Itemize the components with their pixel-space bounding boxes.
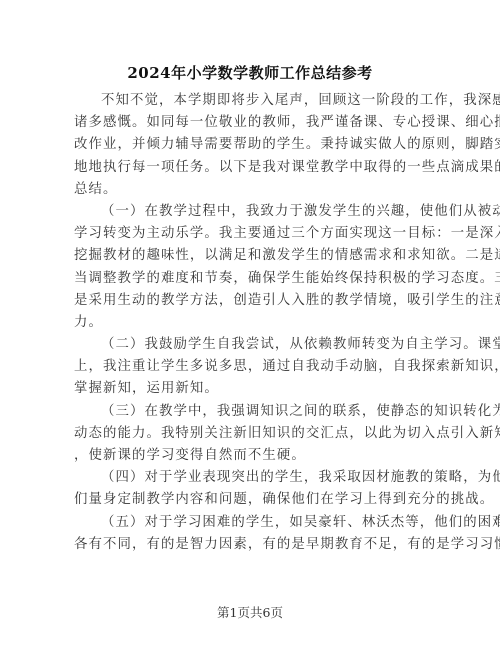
text-line: 们量身定制教学内容和问题，确保他们在学习上得到充分的挑战。 (74, 489, 419, 511)
text-line: （一）在教学过程中，我致力于激发学生的兴趣，使他们从被动 (74, 201, 419, 223)
text-line: （二）我鼓励学生自我尝试，从依赖教师转变为自主学习。课堂 (74, 334, 419, 356)
text-line: 当调整教学的难度和节奏，确保学生能始终保持积极的学习态度。三 (74, 268, 419, 290)
text-line: 力。 (74, 312, 419, 334)
document-page: 2024年小学数学教师工作总结参考 不知不觉，本学期即将步入尾声，回顾这一阶段的… (0, 0, 500, 647)
text-line: 挖掘教材的趣味性，以满足和激发学生的情感需求和求知欲。二是适 (74, 245, 419, 267)
text-line: 学习转变为主动乐学。我主要通过三个方面实现这一目标：一是深入 (74, 223, 419, 245)
text-line: （三）在教学中，我强调知识之间的联系，使静态的知识转化为 (74, 401, 419, 423)
text-line: 诸多感慨。如同每一位敬业的教师，我严谨备课、专心授课、细心批 (74, 112, 419, 134)
document-body: 不知不觉，本学期即将步入尾声，回顾这一阶段的工作，我深感诸多感慨。如同每一位敬业… (74, 90, 419, 556)
text-line: 是采用生动的教学方法，创造引人入胜的教学情境，吸引学生的注意 (74, 290, 419, 312)
text-line: 动态的能力。我特别关注新旧知识的交汇点，以此为切入点引入新知 (74, 423, 419, 445)
document-title: 2024年小学数学教师工作总结参考 (0, 62, 500, 83)
text-line: （四）对于学业表现突出的学生，我采取因材施教的策略，为他 (74, 467, 419, 489)
text-line: 掌握新知，运用新知。 (74, 378, 419, 400)
page-number-footer: 第1页共6页 (0, 603, 500, 621)
text-line: 地地执行每一项任务。以下是我对课堂教学中取得的一些点滴成果的 (74, 157, 419, 179)
text-line: 不知不觉，本学期即将步入尾声，回顾这一阶段的工作，我深感 (74, 90, 419, 112)
text-line: ，使新课的学习变得自然而不生硬。 (74, 445, 419, 467)
text-line: 各有不同，有的是智力因素，有的是早期教育不足，有的是学习习惯 (74, 534, 419, 556)
text-line: 总结。 (74, 179, 419, 201)
text-line: （五）对于学习困难的学生，如吴豪轩、林沃杰等，他们的困难 (74, 512, 419, 534)
text-line: 改作业，并倾力辅导需要帮助的学生。秉持诚实做人的原则，脚踏实 (74, 134, 419, 156)
text-line: 上，我注重让学生多说多思，通过自我动手动脑，自我探索新知识， (74, 356, 419, 378)
